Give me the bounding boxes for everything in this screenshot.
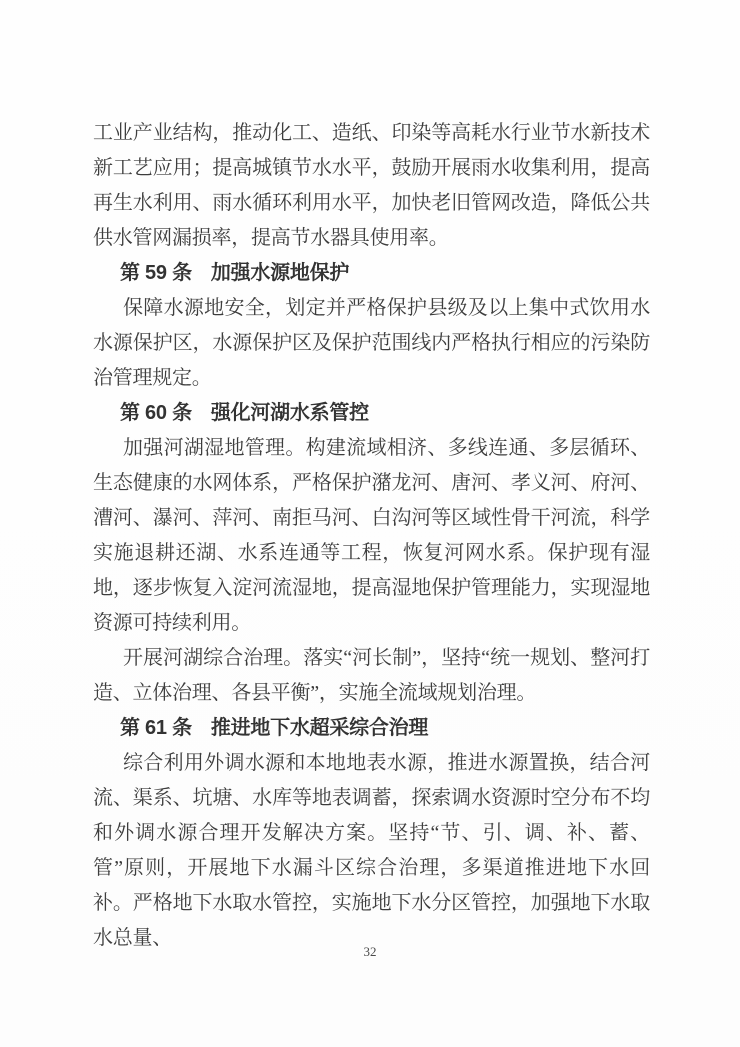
document-body: 工业产业结构，推动化工、造纸、印染等高耗水行业节水新技术新工艺应用；提高城镇节水… xyxy=(93,116,650,956)
article-title: 加强水源地保护 xyxy=(211,262,349,284)
body-paragraph: 开展河湖综合治理。落实“河长制”，坚持“统一规划、整河打造、立体治理、各县平衡”… xyxy=(93,641,650,711)
body-paragraph: 工业产业结构，推动化工、造纸、印染等高耗水行业节水新技术新工艺应用；提高城镇节水… xyxy=(93,116,650,256)
article-heading: 第 60 条强化河湖水系管控 xyxy=(93,396,650,431)
body-paragraph: 加强河湖湿地管理。构建流域相济、多线连通、多层循环、生态健康的水网体系，严格保护… xyxy=(93,431,650,641)
body-paragraph: 综合利用外调水源和本地地表水源，推进水源置换，结合河流、渠系、坑塘、水库等地表调… xyxy=(93,746,650,956)
article-heading: 第 61 条推进地下水超采综合治理 xyxy=(93,711,650,746)
body-paragraph: 保障水源地安全，划定并严格保护县级及以上集中式饮用水水源保护区，水源保护区及保护… xyxy=(93,291,650,396)
article-number: 第 59 条 xyxy=(120,262,192,284)
article-title: 推进地下水超采综合治理 xyxy=(211,717,428,739)
document-page: 工业产业结构，推动化工、造纸、印染等高耗水行业节水新技术新工艺应用；提高城镇节水… xyxy=(0,0,740,1047)
page-number: 32 xyxy=(0,944,740,960)
article-number: 第 61 条 xyxy=(120,717,192,739)
article-title: 强化河湖水系管控 xyxy=(211,402,369,424)
article-number: 第 60 条 xyxy=(120,402,192,424)
article-heading: 第 59 条加强水源地保护 xyxy=(93,256,650,291)
